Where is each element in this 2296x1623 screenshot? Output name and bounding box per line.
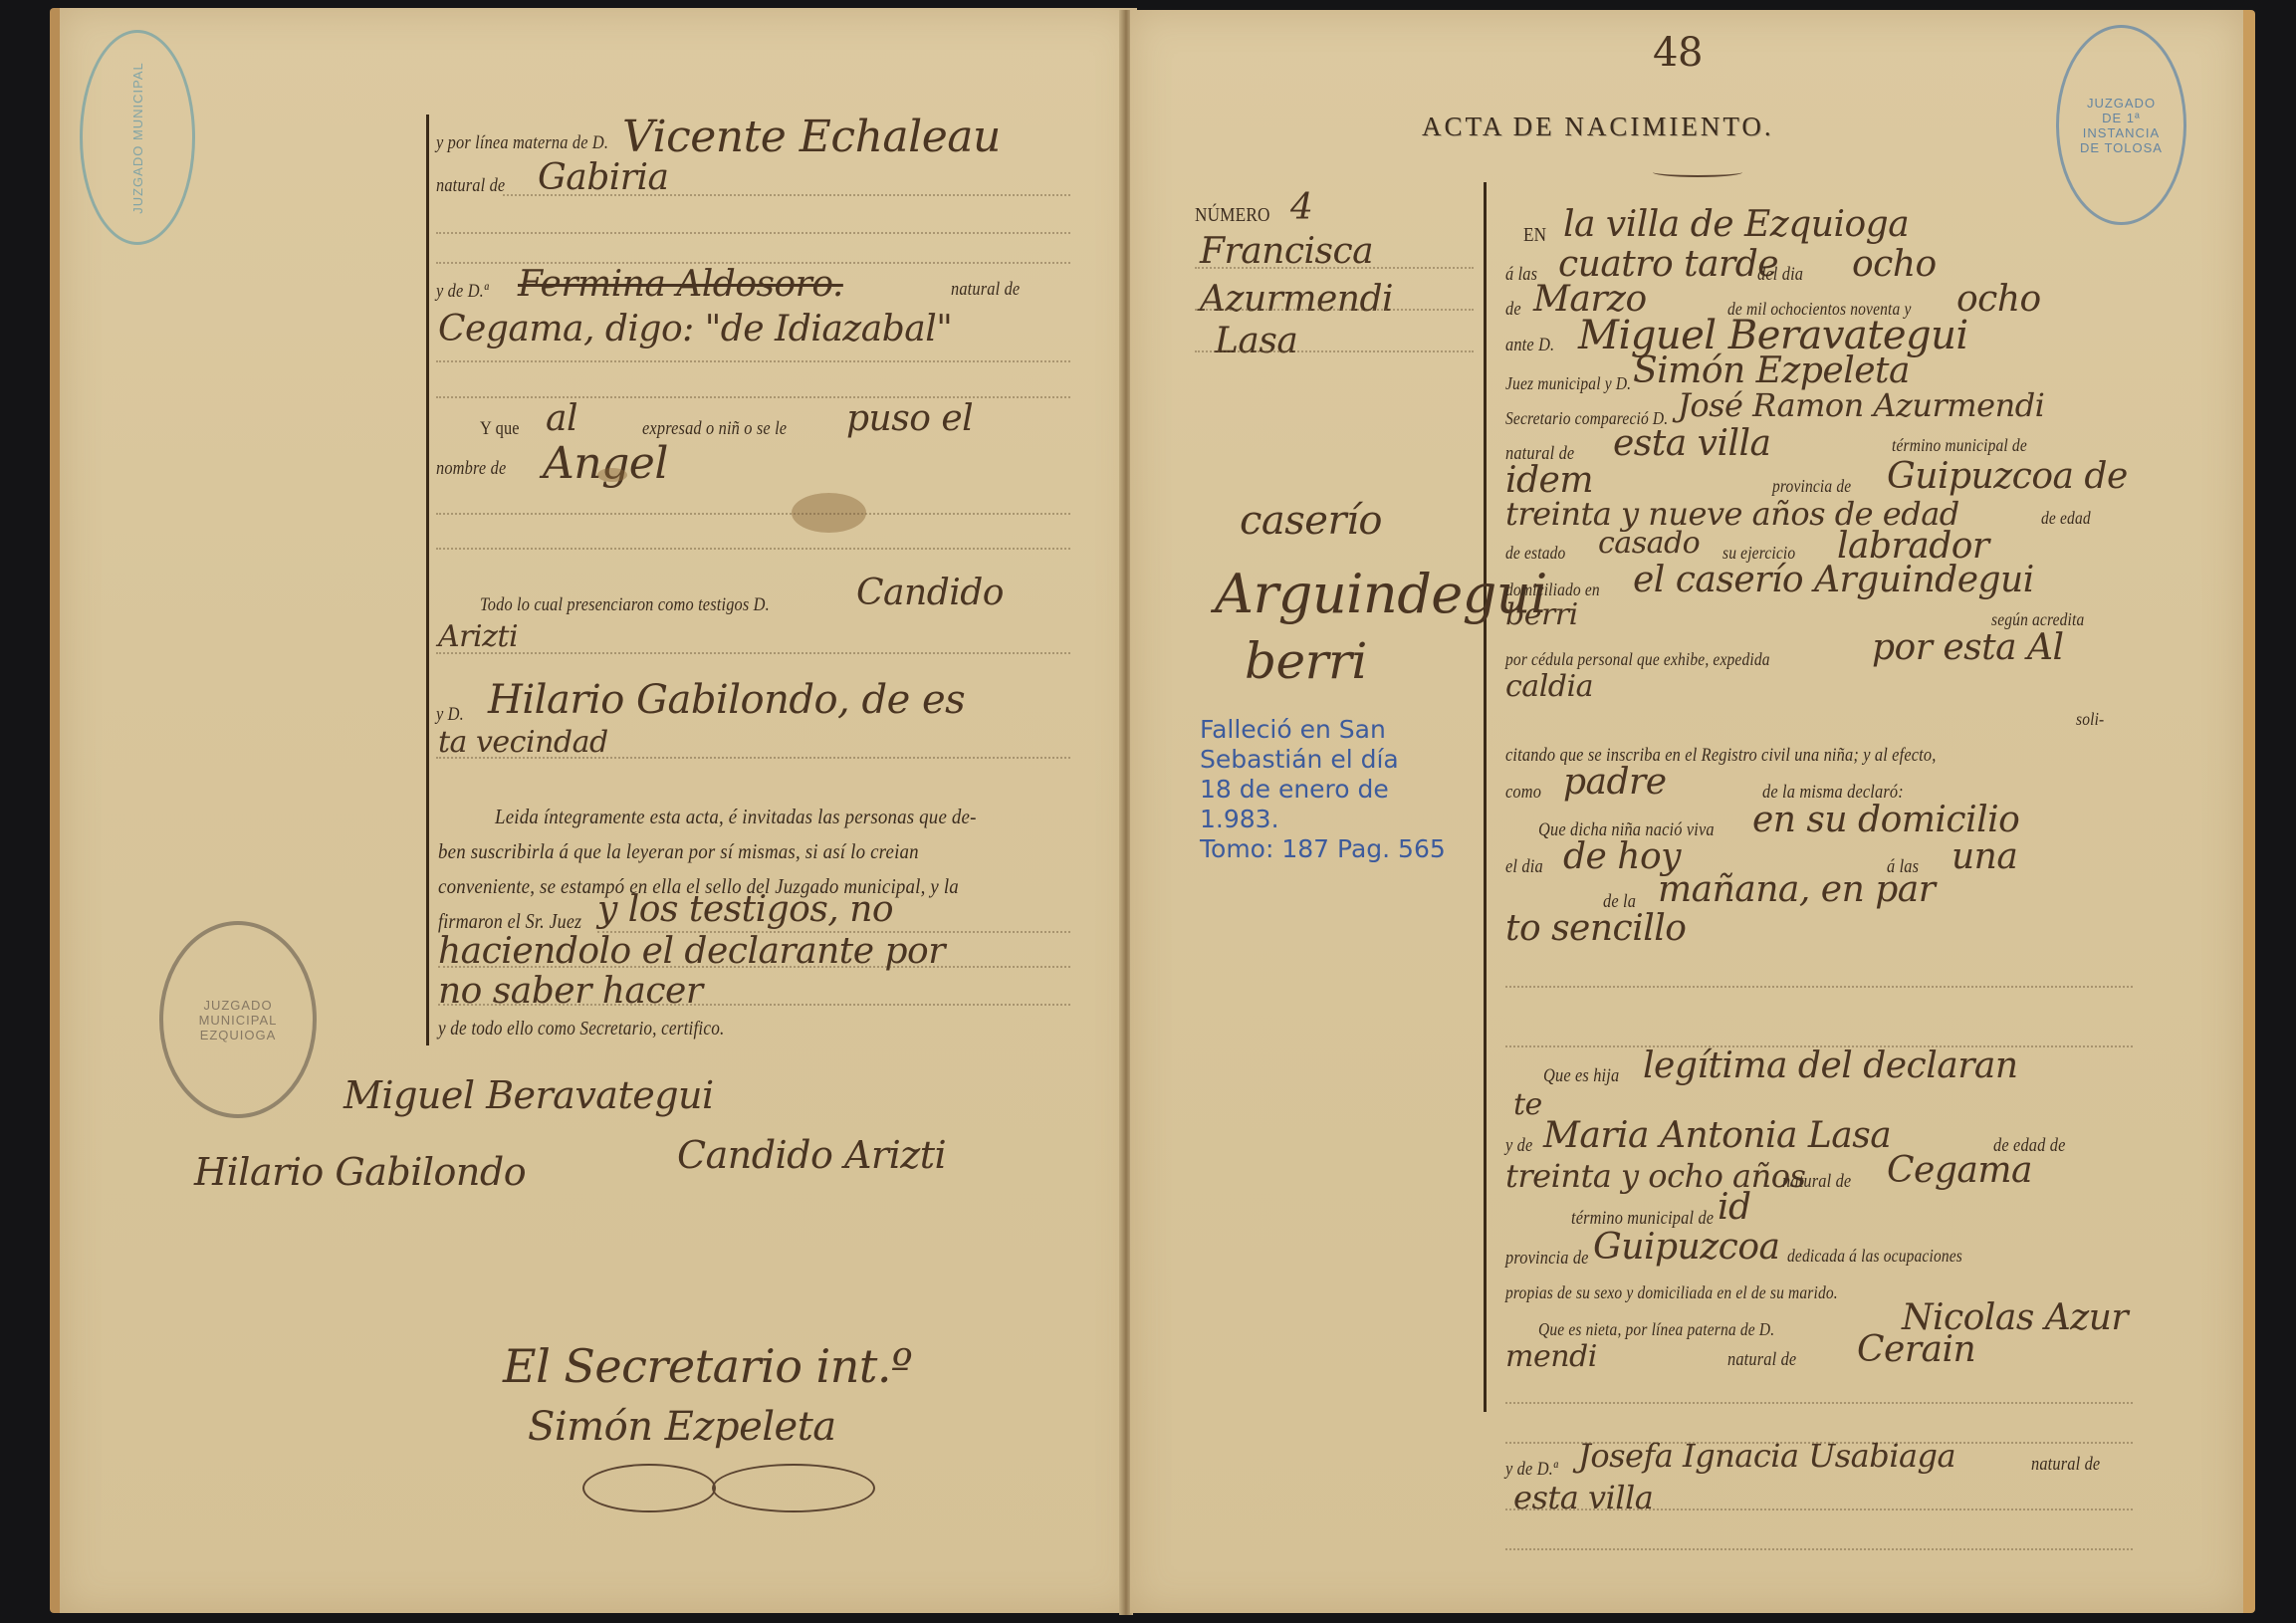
label-de-mes: de (1505, 299, 1521, 321)
label-abuelo-natural: natural de (1727, 1349, 1796, 1371)
label-nieta: Que es nieta, por línea paterna de D. (1538, 1319, 1774, 1340)
label-dedicada: dedicada á las ocupaciones (1787, 1246, 1962, 1267)
label-propias: propias de su sexo y domiciliada en el d… (1505, 1282, 1838, 1303)
hand-natural-2: Cegama, digo: "de Idiazabal" (438, 309, 952, 349)
label-cedula: por cédula personal que exhibe, expedida (1505, 649, 1770, 670)
hand-como: padre (1563, 762, 1667, 803)
dotted-line (436, 396, 1070, 398)
hand-que-dicha: en su domicilio (1752, 800, 2019, 840)
ink-stain (597, 468, 627, 482)
hand-estado: casado (1598, 526, 1700, 561)
hand-provincia: Guipuzcoa de (1887, 456, 2128, 497)
hand-domiciliado-2: berri (1505, 597, 1578, 632)
margin-nombre-1: Francisca (1200, 231, 1373, 272)
page-title: ACTA DE NACIMIENTO. (1422, 112, 1774, 142)
dotted-line (436, 360, 1070, 362)
dotted-line (1505, 1402, 2133, 1404)
stamp-text: JUZGADO MUNICIPAL (130, 62, 145, 214)
numero-value: 4 (1290, 187, 1312, 228)
signature-flourish (712, 1464, 875, 1512)
leida-line-2: ben suscribirla á que la leyeran por sí … (438, 839, 919, 864)
stamp-text: JUZGADO DE 1ª INSTANCIA DE TOLOSA (2077, 96, 2167, 155)
tolosa-court-stamp-icon: JUZGADO DE 1ª INSTANCIA DE TOLOSA (2056, 25, 2186, 225)
hand-testigo-1a: Candido (856, 573, 1004, 613)
label-abuela-natural: natural de (2031, 1454, 2100, 1476)
dotted-line (436, 548, 1070, 550)
label-juez: Juez municipal y D. (1505, 373, 1631, 394)
title-ornament-icon (1653, 167, 1742, 177)
dotted-line (1195, 350, 1474, 352)
label-madre-provincia: provincia de (1505, 1248, 1589, 1270)
hand-hija-2: te (1513, 1087, 1542, 1122)
hand-madre-natural: Cegama (1887, 1150, 2032, 1191)
label-y-de: y de D.ª (436, 281, 489, 303)
label-provincia: provincia de (1772, 476, 1851, 497)
label-estado: de estado (1505, 543, 1565, 564)
margin-nombre-3: Lasa (1215, 321, 1297, 361)
hand-natural: esta villa (1613, 423, 1771, 464)
hand-cedula: por esta Al (1872, 627, 2064, 668)
label-en: EN (1523, 224, 1546, 247)
label-yque: Y que (480, 418, 520, 440)
hand-madre-termino: id (1718, 1187, 1751, 1228)
label-yd: y D. (436, 704, 464, 726)
hand-dela: mañana, en par (1658, 869, 1935, 910)
seal-text: JUZGADO MUNICIPAL EZQUIOGA (183, 998, 293, 1043)
label-el-dia: el dia (1505, 856, 1543, 878)
signature-testigo-1: Hilario Gabilondo (194, 1150, 526, 1194)
signature-flourish (582, 1464, 716, 1512)
dotted-line (438, 966, 1070, 968)
numero-label: NÚMERO (1195, 204, 1270, 227)
hand-testigo-2: Hilario Gabilondo, de es (488, 677, 965, 723)
label-yde: y de (1505, 1135, 1532, 1157)
label-natural-2: natural de (951, 279, 1020, 301)
hand-en: la villa de Ezquioga (1563, 204, 1909, 245)
dotted-line (436, 232, 1070, 234)
hand-cedula-2: caldia (1505, 669, 1593, 704)
label-natural-1: natural de (436, 175, 505, 197)
signature-testigo-2: Candido Arizti (677, 1133, 946, 1177)
hand-natural-1: Gabiria (538, 157, 668, 198)
label-materna: y por línea materna de D. (436, 132, 608, 154)
margin-death-note: Falleció en San Sebastián el día 18 de e… (1200, 715, 1446, 864)
hand-secretario: José Ramon Azurmendi (1678, 386, 2044, 424)
hand-alas-2: una (1952, 836, 2017, 877)
hand-parto: to sencillo (1505, 908, 1686, 949)
dotted-line (1195, 309, 1474, 311)
hand-juez: Simón Ezpeleta (1633, 350, 1910, 391)
label-madre-natural: natural de (1782, 1171, 1851, 1193)
page-number: 48 (1653, 30, 1703, 76)
label-como: como (1505, 782, 1541, 804)
label-expresad: expresad o niñ o se le (642, 418, 787, 440)
hand-yque: al (546, 398, 577, 439)
leida-line-1: Leida íntegramente esta acta, é invitada… (495, 805, 977, 829)
hand-abuela-natural: esta villa (1513, 1479, 1653, 1516)
hand-abuelo-natural: Cerain (1857, 1329, 1975, 1370)
label-del-dia: del dia (1757, 264, 1803, 286)
right-vertical-rule (1484, 182, 1487, 1412)
left-vertical-rule (426, 115, 429, 1045)
hand-hija: legítima del declaran (1643, 1045, 2018, 1086)
dotted-line (1505, 1548, 2133, 1550)
label-testigos: Todo lo cual presenciaron como testigos … (480, 594, 770, 616)
hand-madre-provincia: Guipuzcoa (1593, 1227, 1779, 1268)
hand-abuela: Josefa Ignacia Usabiaga (1578, 1437, 1955, 1475)
margin-caserio-2: Arguindegui (1215, 563, 1547, 625)
dotted-line (436, 757, 1070, 759)
certifico-line: y de todo ello como Secretario, certific… (438, 1018, 724, 1041)
label-edad: de edad (2041, 508, 2091, 529)
dotted-line (438, 1004, 1070, 1006)
hand-anio: ocho (1956, 279, 2041, 320)
hand-testigo-1b: Arizti (438, 619, 518, 654)
hand-madre: Maria Antonia Lasa (1543, 1115, 1891, 1156)
dotted-line (597, 931, 1070, 933)
label-soli: soli- (2076, 709, 2104, 730)
label-nombre: nombre de (436, 458, 506, 480)
hand-firmaron-1: y los testigos, no (597, 889, 893, 930)
dotted-line (436, 652, 1070, 654)
dotted-line (503, 194, 1070, 196)
hand-abuelo-2: mendi (1505, 1339, 1597, 1374)
signature-secretario-title: El Secretario int.º (503, 1339, 912, 1393)
hand-abuela: Fermina Aldosoro. (518, 264, 843, 305)
margin-caserio-3: berri (1245, 632, 1367, 690)
hand-puso: puso el (846, 398, 973, 439)
hand-dia: ocho (1852, 244, 1937, 285)
label-abuela: y de D.ª (1505, 1459, 1558, 1481)
dotted-line (436, 513, 1070, 515)
label-termino: término municipal de (1892, 435, 2027, 456)
dotted-line (1505, 986, 2133, 988)
margin-nombre-2: Azurmendi (1200, 279, 1393, 320)
hand-testigo-2b: ta vecindad (438, 725, 608, 760)
stamp-icon: JUZGADO MUNICIPAL (80, 30, 195, 245)
hand-domiciliado: el caserío Arguindegui (1633, 560, 2034, 600)
signature-juez: Miguel Beravategui (344, 1073, 714, 1117)
label-hija: Que es hija (1543, 1065, 1619, 1087)
dotted-line (1195, 267, 1474, 269)
hand-materna-name: Vicente Echaleau (622, 112, 1001, 162)
margin-caserio-1: caserío (1240, 498, 1382, 544)
hand-madre-edad: treinta y ocho años (1505, 1157, 1805, 1195)
dotted-line (1505, 1508, 2133, 1510)
municipal-seal-icon: JUZGADO MUNICIPAL EZQUIOGA (159, 921, 317, 1118)
label-ante: ante D. (1505, 335, 1554, 356)
signature-secretario-name: Simón Ezpeleta (528, 1404, 836, 1450)
